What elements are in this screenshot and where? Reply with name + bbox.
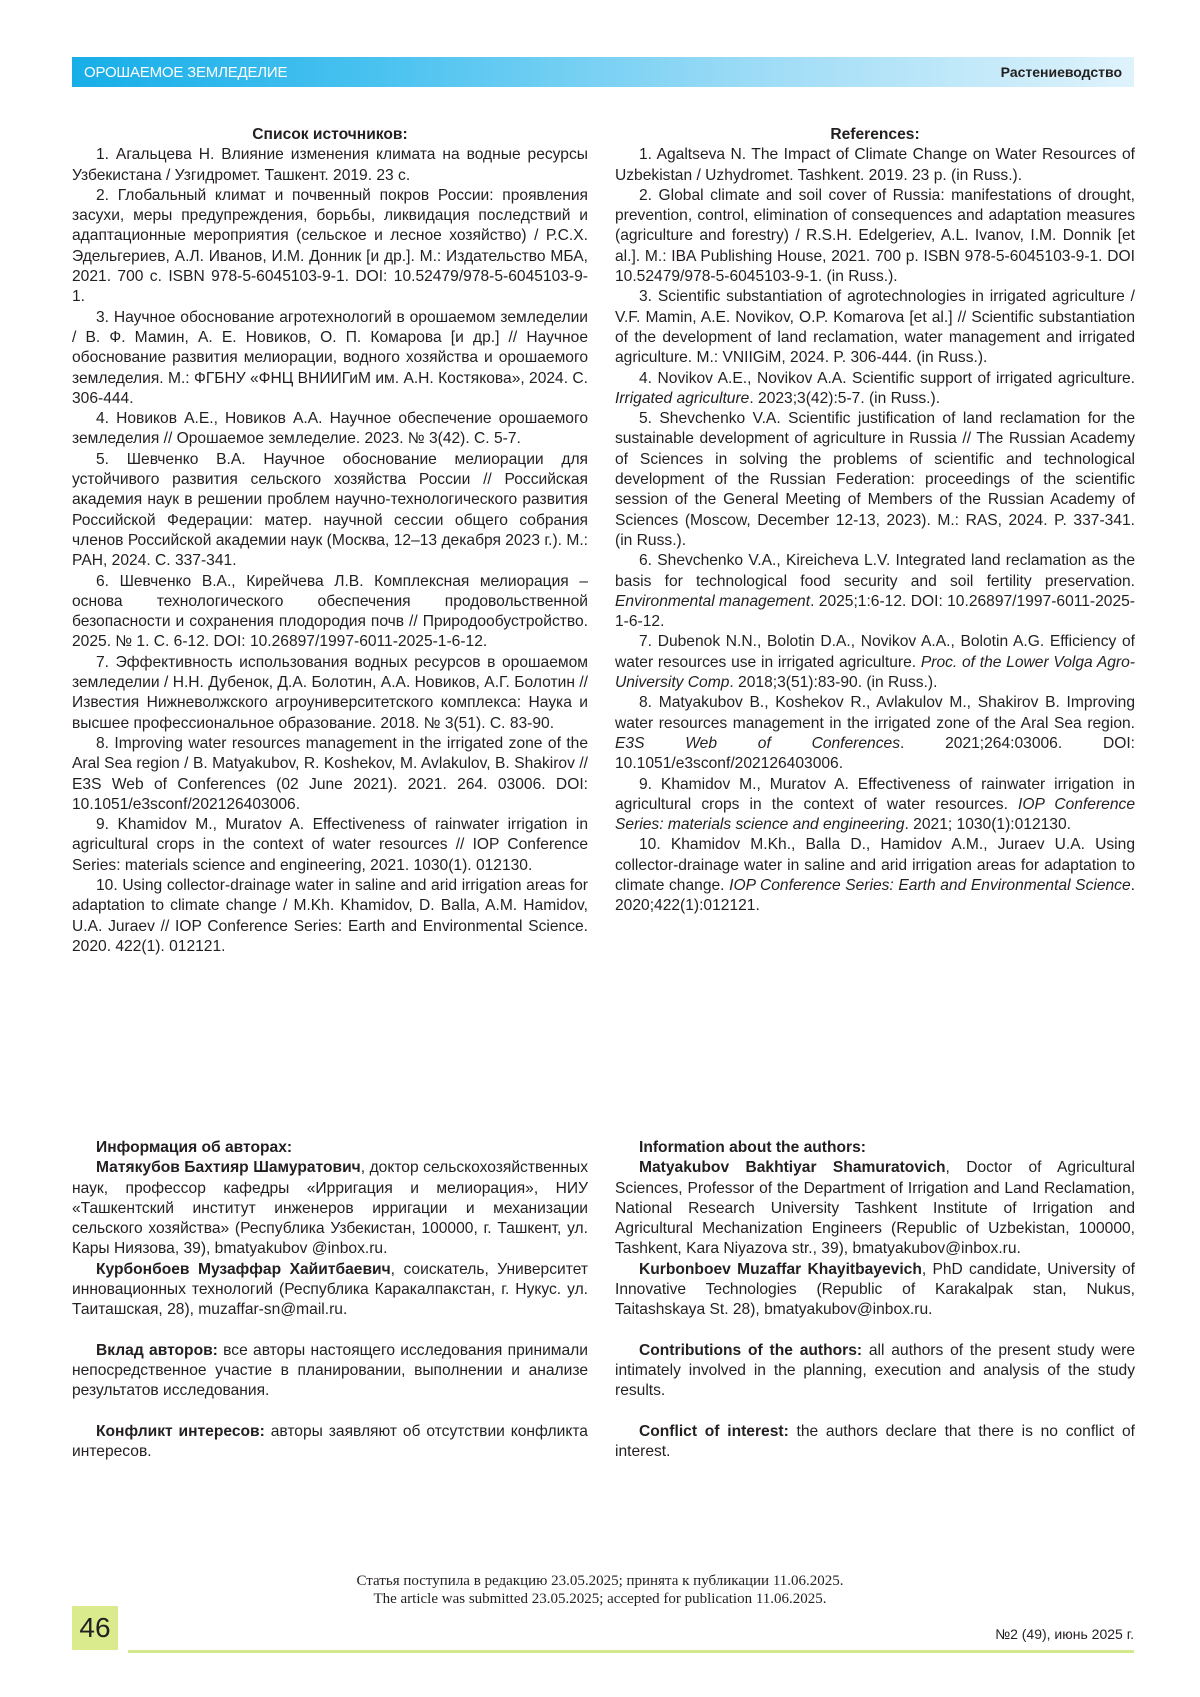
reference-en-item: 9. Khamidov M., Muratov A. Effectiveness… <box>615 775 1135 836</box>
reference-en-item: 7. Dubenok N.N., Bolotin D.A., Novikov A… <box>615 632 1135 693</box>
conflict-en: Conflict of interest: the authors declar… <box>615 1422 1135 1463</box>
reference-en-item: 5. Shevchenko V.A. Scientific justificat… <box>615 409 1135 551</box>
reference-en-item: 3. Scientific substantiation of agrotech… <box>615 287 1135 368</box>
submission-dates: Статья поступила в редакцию 23.05.2025; … <box>0 1572 1200 1608</box>
reference-ru-item: 3. Научное обоснование агротехнологий в … <box>72 308 588 409</box>
author-ru-entry: Матякубов Бахтияр Шамуратович, доктор се… <box>72 1158 588 1259</box>
authors-info-ru: Информация об авторах: Матякубов Бахтияр… <box>72 1138 588 1462</box>
reference-en-item: 4. Novikov A.E., Novikov A.A. Scientific… <box>615 369 1135 410</box>
reference-en-item: 6. Shevchenko V.A., Kireicheva L.V. Inte… <box>615 551 1135 632</box>
reference-en-item: 8. Matyakubov B., Koshekov R., Avlakulov… <box>615 693 1135 774</box>
reference-ru-item: 1. Агальцева Н. Влияние изменения климат… <box>72 145 588 186</box>
reference-en-item: 1. Agaltseva N. The Impact of Climate Ch… <box>615 145 1135 186</box>
reference-ru-item: 10. Using collector-drainage water in sa… <box>72 876 588 957</box>
page-number: 46 <box>72 1606 118 1650</box>
reference-ru-item: 2. Глобальный климат и почвенный покров … <box>72 186 588 308</box>
references-en-title: References: <box>615 125 1135 145</box>
authors-info-en: Information about the authors: Matyakubo… <box>615 1138 1135 1462</box>
contribution-ru: Вклад авторов: все авторы настоящего исс… <box>72 1341 588 1402</box>
authors-en-title: Information about the authors: <box>615 1138 1135 1158</box>
references-ru-title: Список источников: <box>72 125 588 145</box>
reference-ru-item: 9. Khamidov M., Muratov A. Effectiveness… <box>72 815 588 876</box>
references-ru: Список источников: 1. Агальцева Н. Влиян… <box>72 125 588 957</box>
author-name: Матякубов Бахтияр Шамуратович <box>96 1159 361 1176</box>
reference-ru-item: 4. Новиков А.Е., Новиков А.А. Научное об… <box>72 409 588 450</box>
journal-section-title: ОРОШАЕМОЕ ЗЕМЛЕДЕЛИЕ <box>84 64 287 81</box>
running-header: ОРОШАЕМОЕ ЗЕМЛЕДЕЛИЕ Растениеводство <box>72 57 1134 87</box>
author-ru-entry: Курбонбоев Музаффар Хайитбаевич, соискат… <box>72 1260 588 1321</box>
references-en: References: 1. Agaltseva N. The Impact o… <box>615 125 1135 917</box>
footer-divider <box>128 1650 1134 1653</box>
author-name: Kurbonboev Muzaffar Khayitbayevich <box>639 1261 922 1278</box>
authors-ru-title: Информация об авторах: <box>72 1138 588 1158</box>
author-en-entry: Kurbonboev Muzaffar Khayitbayevich, PhD … <box>615 1260 1135 1321</box>
reference-ru-item: 8. Improving water resources management … <box>72 734 588 815</box>
issue-label: №2 (49), июнь 2025 г. <box>995 1626 1134 1642</box>
conflict-ru: Конфликт интересов: авторы заявляют об о… <box>72 1422 588 1463</box>
submission-dates-ru: Статья поступила в редакцию 23.05.2025; … <box>0 1572 1200 1590</box>
reference-en-item: 10. Khamidov M.Kh., Balla D., Hamidov A.… <box>615 835 1135 916</box>
reference-ru-item: 5. Шевченко В.А. Научное обоснование мел… <box>72 450 588 572</box>
reference-ru-item: 7. Эффективность использования водных ре… <box>72 653 588 734</box>
author-name: Matyakubov Bakhtiyar Shamuratovich <box>639 1159 946 1176</box>
author-en-entry: Matyakubov Bakhtiyar Shamuratovich, Doct… <box>615 1158 1135 1259</box>
submission-dates-en: The article was submitted 23.05.2025; ac… <box>0 1590 1200 1608</box>
category-label: Растениеводство <box>1001 64 1122 80</box>
author-name: Курбонбоев Музаффар Хайитбаевич <box>96 1261 391 1278</box>
reference-en-item: 2. Global climate and soil cover of Russ… <box>615 186 1135 287</box>
contribution-en: Contributions of the authors: all author… <box>615 1341 1135 1402</box>
reference-ru-item: 6. Шевченко В.А., Кирейчева Л.В. Комплек… <box>72 572 588 653</box>
